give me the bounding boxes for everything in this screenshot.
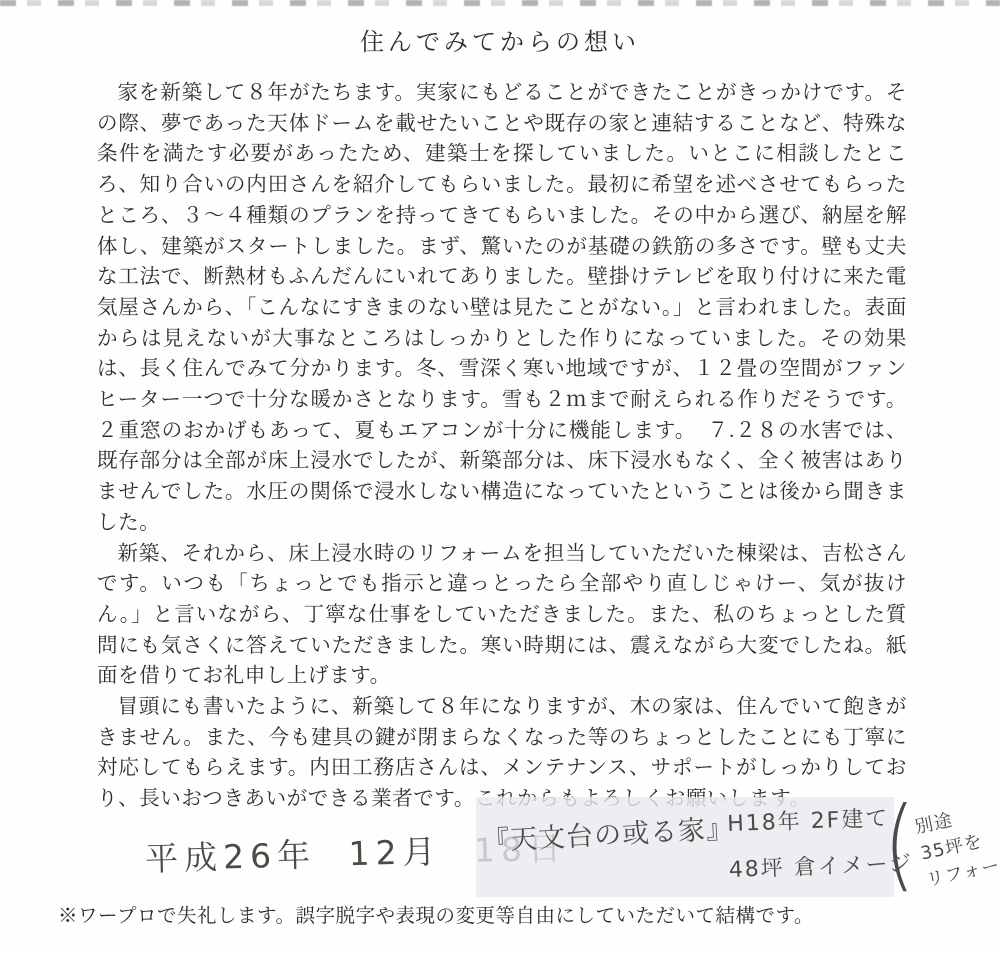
paragraph-2: 新築、それから、床上浸水時のリフォームを担当していただいた棟梁は、吉松さんです。…	[97, 539, 907, 693]
handwritten-bracket-note: ( 別途 35坪を リフォーム )	[880, 786, 1000, 902]
scanned-letter-page: 住んでみてからの想い 家を新築して８年がたちます。実家にもどることができたことが…	[0, 0, 1000, 953]
handwritten-specs: H18年 2F建て 48坪 倉イメージ	[726, 796, 899, 894]
spec-line-year: H18年 2F建て	[726, 796, 898, 848]
page-title: 住んでみてからの想い	[0, 0, 1000, 57]
spec-line-size: 48坪 倉イメージ	[728, 842, 900, 894]
paragraph-1: 家を新築して８年がたちます。実家にもどることができたことがきっかけです。その際、…	[97, 78, 907, 539]
footer-note: ※ワープロで失礼します。誤字脱字や表現の変更等自由にしていただいて結構です。	[58, 900, 814, 928]
open-paren-glyph: (	[884, 794, 915, 894]
scan-artifact-strip	[0, 0, 1000, 6]
bracket-note-lines: 別途 35坪を リフォーム	[913, 795, 1000, 894]
highlighted-note-box: 『天文台の或る家』 H18年 2F建て 48坪 倉イメージ	[476, 797, 894, 897]
handwritten-house-title: 『天文台の或る家』	[481, 806, 735, 858]
letter-body: 家を新築して８年がたちます。実家にもどることができたことがきっかけです。その際、…	[97, 78, 907, 815]
